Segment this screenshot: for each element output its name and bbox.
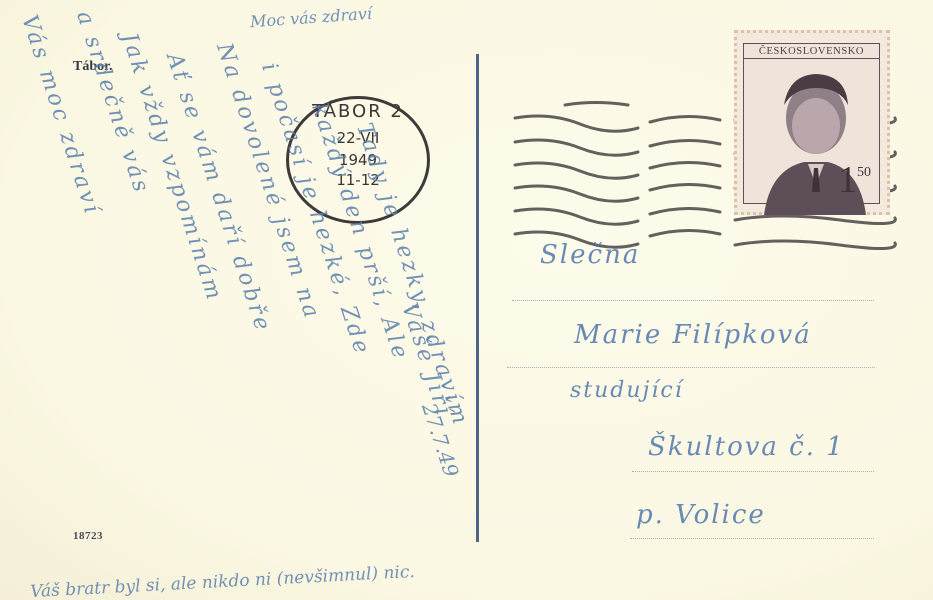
address-name: Marie Filípková	[574, 320, 812, 350]
address-street: Škultova č. 1	[648, 432, 845, 462]
stamp-value: 150	[838, 161, 871, 199]
postage-stamp: ČESKOSLOVENSKO 150	[734, 30, 890, 215]
address-occupation: studující	[570, 378, 684, 403]
center-divider-line	[476, 54, 479, 542]
message-line-bottom: Váš bratr byl si, ale nikdo ni (nevšimnu…	[30, 562, 416, 600]
address-line	[507, 367, 875, 368]
address-line	[630, 538, 874, 539]
postcard-back: Tábor. 18723 ČESKOSLOVENSKO	[0, 0, 933, 600]
address-salutation: Slečna	[540, 240, 640, 270]
address-line	[632, 471, 874, 472]
address-city: p. Volice	[636, 500, 766, 530]
stamp-country: ČESKOSLOVENSKO	[744, 46, 879, 59]
message-line: Moc vás zdraví	[249, 4, 372, 31]
address-line	[512, 300, 874, 301]
printed-card-number: 18723	[73, 530, 103, 542]
